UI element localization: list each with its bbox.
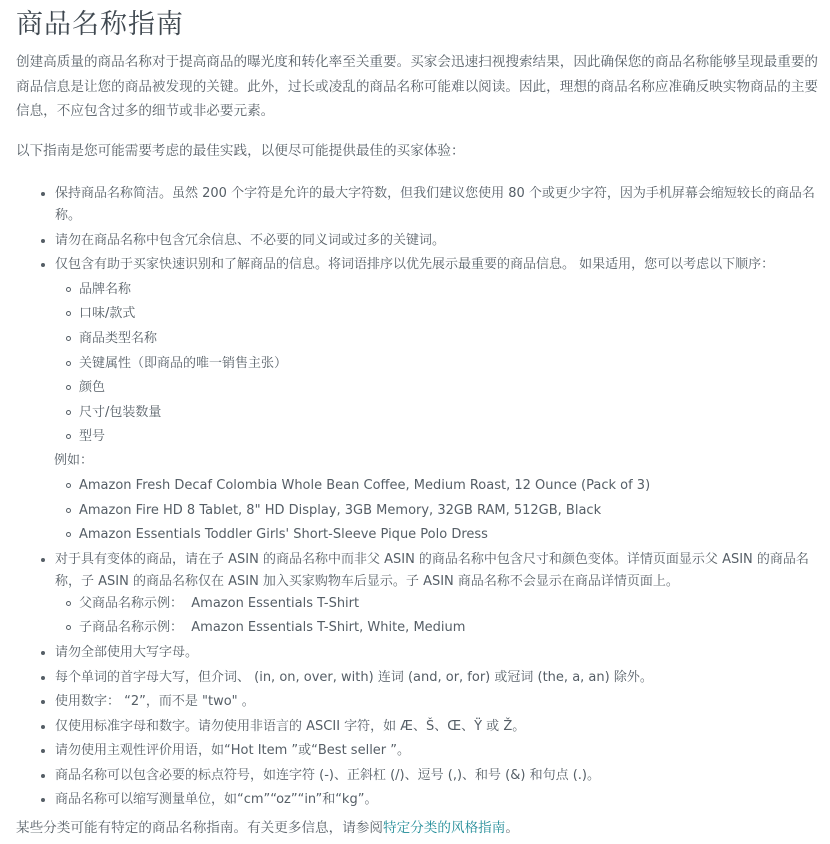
guideline-text: 仅使用标准字母和数字。请勿使用非语言的 ASCII 字符，如 Æ、Š、Œ、Ÿ 或…	[55, 719, 525, 734]
guideline-item: 商品名称可以包含必要的标点符号，如连字符 (-)、正斜杠 (/)、逗号 (,)、…	[0, 765, 830, 787]
examples-list: Amazon Fresh Decaf Colombia Whole Bean C…	[55, 475, 822, 546]
circle-bullet-icon	[66, 508, 71, 513]
bullet-icon	[41, 774, 45, 778]
guideline-item: 仅使用标准字母和数字。请勿使用非语言的 ASCII 字符，如 Æ、Š、Œ、Ÿ 或…	[0, 716, 830, 738]
circle-bullet-icon	[66, 601, 71, 606]
order-item: 尺寸/包装数量	[55, 402, 822, 424]
bullet-icon	[41, 558, 45, 562]
example-item: Amazon Fresh Decaf Colombia Whole Bean C…	[55, 475, 822, 497]
order-item: 商品类型名称	[55, 328, 822, 350]
circle-bullet-icon	[66, 483, 71, 488]
bullet-icon	[41, 239, 45, 243]
bullet-icon	[41, 676, 45, 680]
bullet-icon	[41, 700, 45, 704]
circle-bullet-icon	[66, 434, 71, 439]
circle-bullet-icon	[66, 311, 71, 316]
bullet-icon	[41, 725, 45, 729]
bullet-icon	[41, 263, 45, 267]
guideline-item: 每个单词的首字母大写，但介词、 (in, on, over, with) 连词 …	[0, 667, 830, 689]
guideline-item: 请勿全部使用大写字母。	[0, 642, 830, 664]
example-item: Amazon Essentials Toddler Girls' Short-S…	[55, 524, 822, 546]
circle-bullet-icon	[66, 361, 71, 366]
circle-bullet-icon	[66, 385, 71, 390]
guideline-text: 商品名称可以缩写测量单位，如“cm”“oz”“in”和“kg”。	[55, 792, 377, 807]
order-item: 品牌名称	[55, 279, 822, 301]
guideline-text: 请勿全部使用大写字母。	[55, 645, 198, 660]
guideline-text: 对于具有变体的商品，请在子 ASIN 的商品名称中而非父 ASIN 的商品名称中…	[55, 552, 809, 589]
guideline-text: 请勿在商品名称中包含冗余信息、不必要的同义词或过多的关键词。	[55, 233, 445, 248]
lead-paragraph: 以下指南是您可能需要考虑的最佳实践，以便尽可能提供最佳的买家体验：	[16, 139, 465, 163]
category-style-guide-link[interactable]: 特定分类的风格指南	[383, 820, 505, 836]
circle-bullet-icon	[66, 532, 71, 537]
guideline-item: 保持商品名称简洁。虽然 200 个字符是允许的最大字符数，但我们建议您使用 80…	[0, 183, 830, 227]
order-item: 型号	[55, 426, 822, 448]
variants-list: 父商品名称示例： Amazon Essentials T-Shirt 子商品名称…	[55, 593, 822, 640]
guideline-item: 商品名称可以缩写测量单位，如“cm”“oz”“in”和“kg”。	[0, 789, 830, 811]
circle-bullet-icon	[66, 410, 71, 415]
circle-bullet-icon	[66, 336, 71, 341]
guideline-item: 请勿使用主观性评价用语，如“Hot Item ”或“Best seller ”。	[0, 740, 830, 762]
bullet-icon	[41, 651, 45, 655]
guideline-text: 请勿使用主观性评价用语，如“Hot Item ”或“Best seller ”。	[55, 743, 410, 758]
guideline-item: 使用数字： “2”，而不是 "two" 。	[0, 691, 830, 713]
guideline-item: 对于具有变体的商品，请在子 ASIN 的商品名称中而非父 ASIN 的商品名称中…	[0, 549, 830, 640]
guideline-text: 每个单词的首字母大写，但介词、 (in, on, over, with) 连词 …	[55, 670, 653, 685]
guideline-text: 仅包含有助于买家快速识别和了解商品的信息。将词语排序以优先展示最重要的商品信息。…	[55, 257, 774, 272]
bullet-icon	[41, 749, 45, 753]
order-item: 口味/款式	[55, 303, 822, 325]
variant-item: 父商品名称示例： Amazon Essentials T-Shirt	[55, 593, 822, 615]
footer-note: 某些分类可能有特定的商品名称指南。有关更多信息，请参阅特定分类的风格指南。	[16, 816, 519, 840]
order-item: 关键属性（即商品的唯一销售主张）	[55, 353, 822, 375]
page-title: 商品名称指南	[16, 2, 184, 41]
bullet-icon	[41, 798, 45, 802]
guideline-item: 仅包含有助于买家快速识别和了解商品的信息。将词语排序以优先展示最重要的商品信息。…	[0, 254, 830, 546]
variant-item: 子商品名称示例： Amazon Essentials T-Shirt, Whit…	[55, 617, 822, 639]
example-label: 例如：	[54, 450, 822, 472]
intro-paragraph: 创建高质量的商品名称对于提高商品的曝光度和转化率至关重要。买家会迅速扫视搜索结果…	[16, 50, 822, 124]
bullet-icon	[41, 192, 45, 196]
circle-bullet-icon	[66, 287, 71, 292]
circle-bullet-icon	[66, 625, 71, 630]
guideline-text: 保持商品名称简洁。虽然 200 个字符是允许的最大字符数，但我们建议您使用 80…	[55, 186, 815, 223]
example-item: Amazon Fire HD 8 Tablet, 8" HD Display, …	[55, 500, 822, 522]
guideline-text: 商品名称可以包含必要的标点符号，如连字符 (-)、正斜杠 (/)、逗号 (,)、…	[55, 768, 600, 783]
guideline-text: 使用数字： “2”，而不是 "two" 。	[55, 694, 255, 709]
guidelines-list: 保持商品名称简洁。虽然 200 个字符是允许的最大字符数，但我们建议您使用 80…	[0, 183, 830, 814]
order-list: 品牌名称 口味/款式 商品类型名称 关键属性（即商品的唯一销售主张） 颜色 尺寸…	[55, 279, 822, 449]
order-item: 颜色	[55, 377, 822, 399]
guideline-item: 请勿在商品名称中包含冗余信息、不必要的同义词或过多的关键词。	[0, 230, 830, 252]
